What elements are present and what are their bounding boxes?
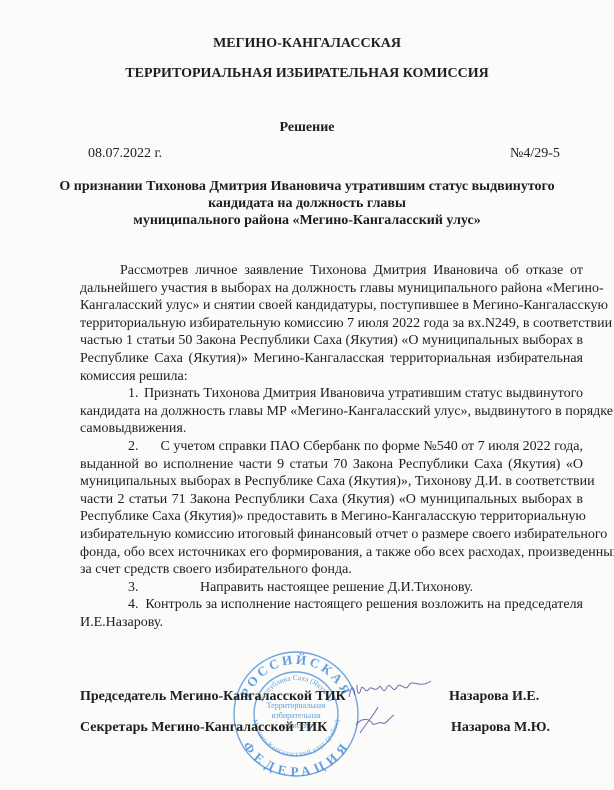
item-line: выданной во исполнение части 9 статьи 70… xyxy=(80,456,583,474)
preamble-line: Рассмотрев личное заявление Тихонова Дми… xyxy=(80,262,583,280)
decision-item-1: 1. Признать Тихонова Дмитрия Ивановича у… xyxy=(80,385,583,438)
official-stamp-icon: РОССИЙСКАЯ ФЕДЕРАЦИЯ Республика Саха (Як… xyxy=(232,650,360,778)
item-line: части 2 статьи 71 Закона Республики Саха… xyxy=(80,491,583,509)
document-number: №4/29-5 xyxy=(510,146,560,162)
item-number: 4. xyxy=(80,596,145,614)
document-type: Решение xyxy=(0,120,614,136)
preamble: Рассмотрев личное заявление Тихонова Дми… xyxy=(80,262,583,631)
decision-item-3: 3. Направить настоящее решение Д.И.Тихон… xyxy=(80,579,583,597)
secretary-name: Назарова М.Ю. xyxy=(451,720,550,736)
item-line: Признать Тихонова Дмитрия Ивановича утра… xyxy=(144,385,583,403)
preamble-line: Республике Саха (Якутия)» Мегино-Кангала… xyxy=(80,350,583,368)
chair-name: Назарова И.Е. xyxy=(449,689,539,705)
chair-signature-icon xyxy=(345,675,435,705)
title-line-1: О признании Тихонова Дмитрия Ивановича у… xyxy=(0,178,614,195)
document-title: О признании Тихонова Дмитрия Ивановича у… xyxy=(0,178,614,229)
stamp-outer-bottom: ФЕДЕРАЦИЯ xyxy=(240,739,352,778)
item-line: Направить настоящее решение Д.И.Тихонову… xyxy=(200,579,583,597)
item-number: 1. xyxy=(80,385,144,403)
item-line: муниципальных выборах в Республике Саха … xyxy=(80,473,583,491)
item-line: фонда, обо всех источниках его формирова… xyxy=(80,544,583,562)
preamble-line: Кангаласский улус» и снятии своей кандид… xyxy=(80,297,583,315)
title-line-2: кандидата на должность главы xyxy=(0,195,614,212)
item-number: 2. xyxy=(80,438,161,456)
title-line-3: муниципального района «Мегино-Кангаласск… xyxy=(0,212,614,229)
decision-item-2: 2. С учетом справки ПАО Сбербанк по форм… xyxy=(80,438,583,579)
item-line: кандидата на должность главы МР «Мегино-… xyxy=(80,403,583,421)
item-line: Республике Саха (Якутия)» предоставить в… xyxy=(80,508,583,526)
item-line: Контроль за исполнение настоящего решени… xyxy=(145,596,583,614)
preamble-line: территориальную избирательную комиссию 7… xyxy=(80,315,583,333)
stamp-center-line2: избирательная xyxy=(271,711,321,720)
secretary-signature-icon xyxy=(348,705,398,741)
org-name-line2: ТЕРРИТОРИАЛЬНАЯ ИЗБИРАТЕЛЬНАЯ КОМИССИЯ xyxy=(0,66,614,82)
preamble-line: частью 1 статьи 50 Закона Республики Сах… xyxy=(80,332,583,350)
org-name-line1: МЕГИНО-КАНГАЛАССКАЯ xyxy=(0,36,614,52)
svg-text:ФЕДЕРАЦИЯ: ФЕДЕРАЦИЯ xyxy=(240,739,352,778)
preamble-line: дальнейшего участия в выборах на должнос… xyxy=(80,280,583,298)
secretary-title: Секретарь Мегино-Кангаласской ТИК xyxy=(80,720,327,736)
preamble-line: комиссия решила: xyxy=(80,368,583,386)
chair-title: Председатель Мегино-Кангаласской ТИК xyxy=(80,689,346,705)
item-line: за счет средств своего избирательного фо… xyxy=(80,561,583,579)
item-line: самовыдвижения. xyxy=(80,420,583,438)
decision-item-4: 4. Контроль за исполнение настоящего реш… xyxy=(80,596,583,631)
item-line: С учетом справки ПАО Сбербанк по форме №… xyxy=(161,438,583,456)
document-date: 08.07.2022 г. xyxy=(88,146,162,162)
item-line: И.Е.Назарову. xyxy=(80,614,583,632)
item-line: избирательную комиссию итоговый финансов… xyxy=(80,526,583,544)
item-number: 3. xyxy=(80,579,200,597)
